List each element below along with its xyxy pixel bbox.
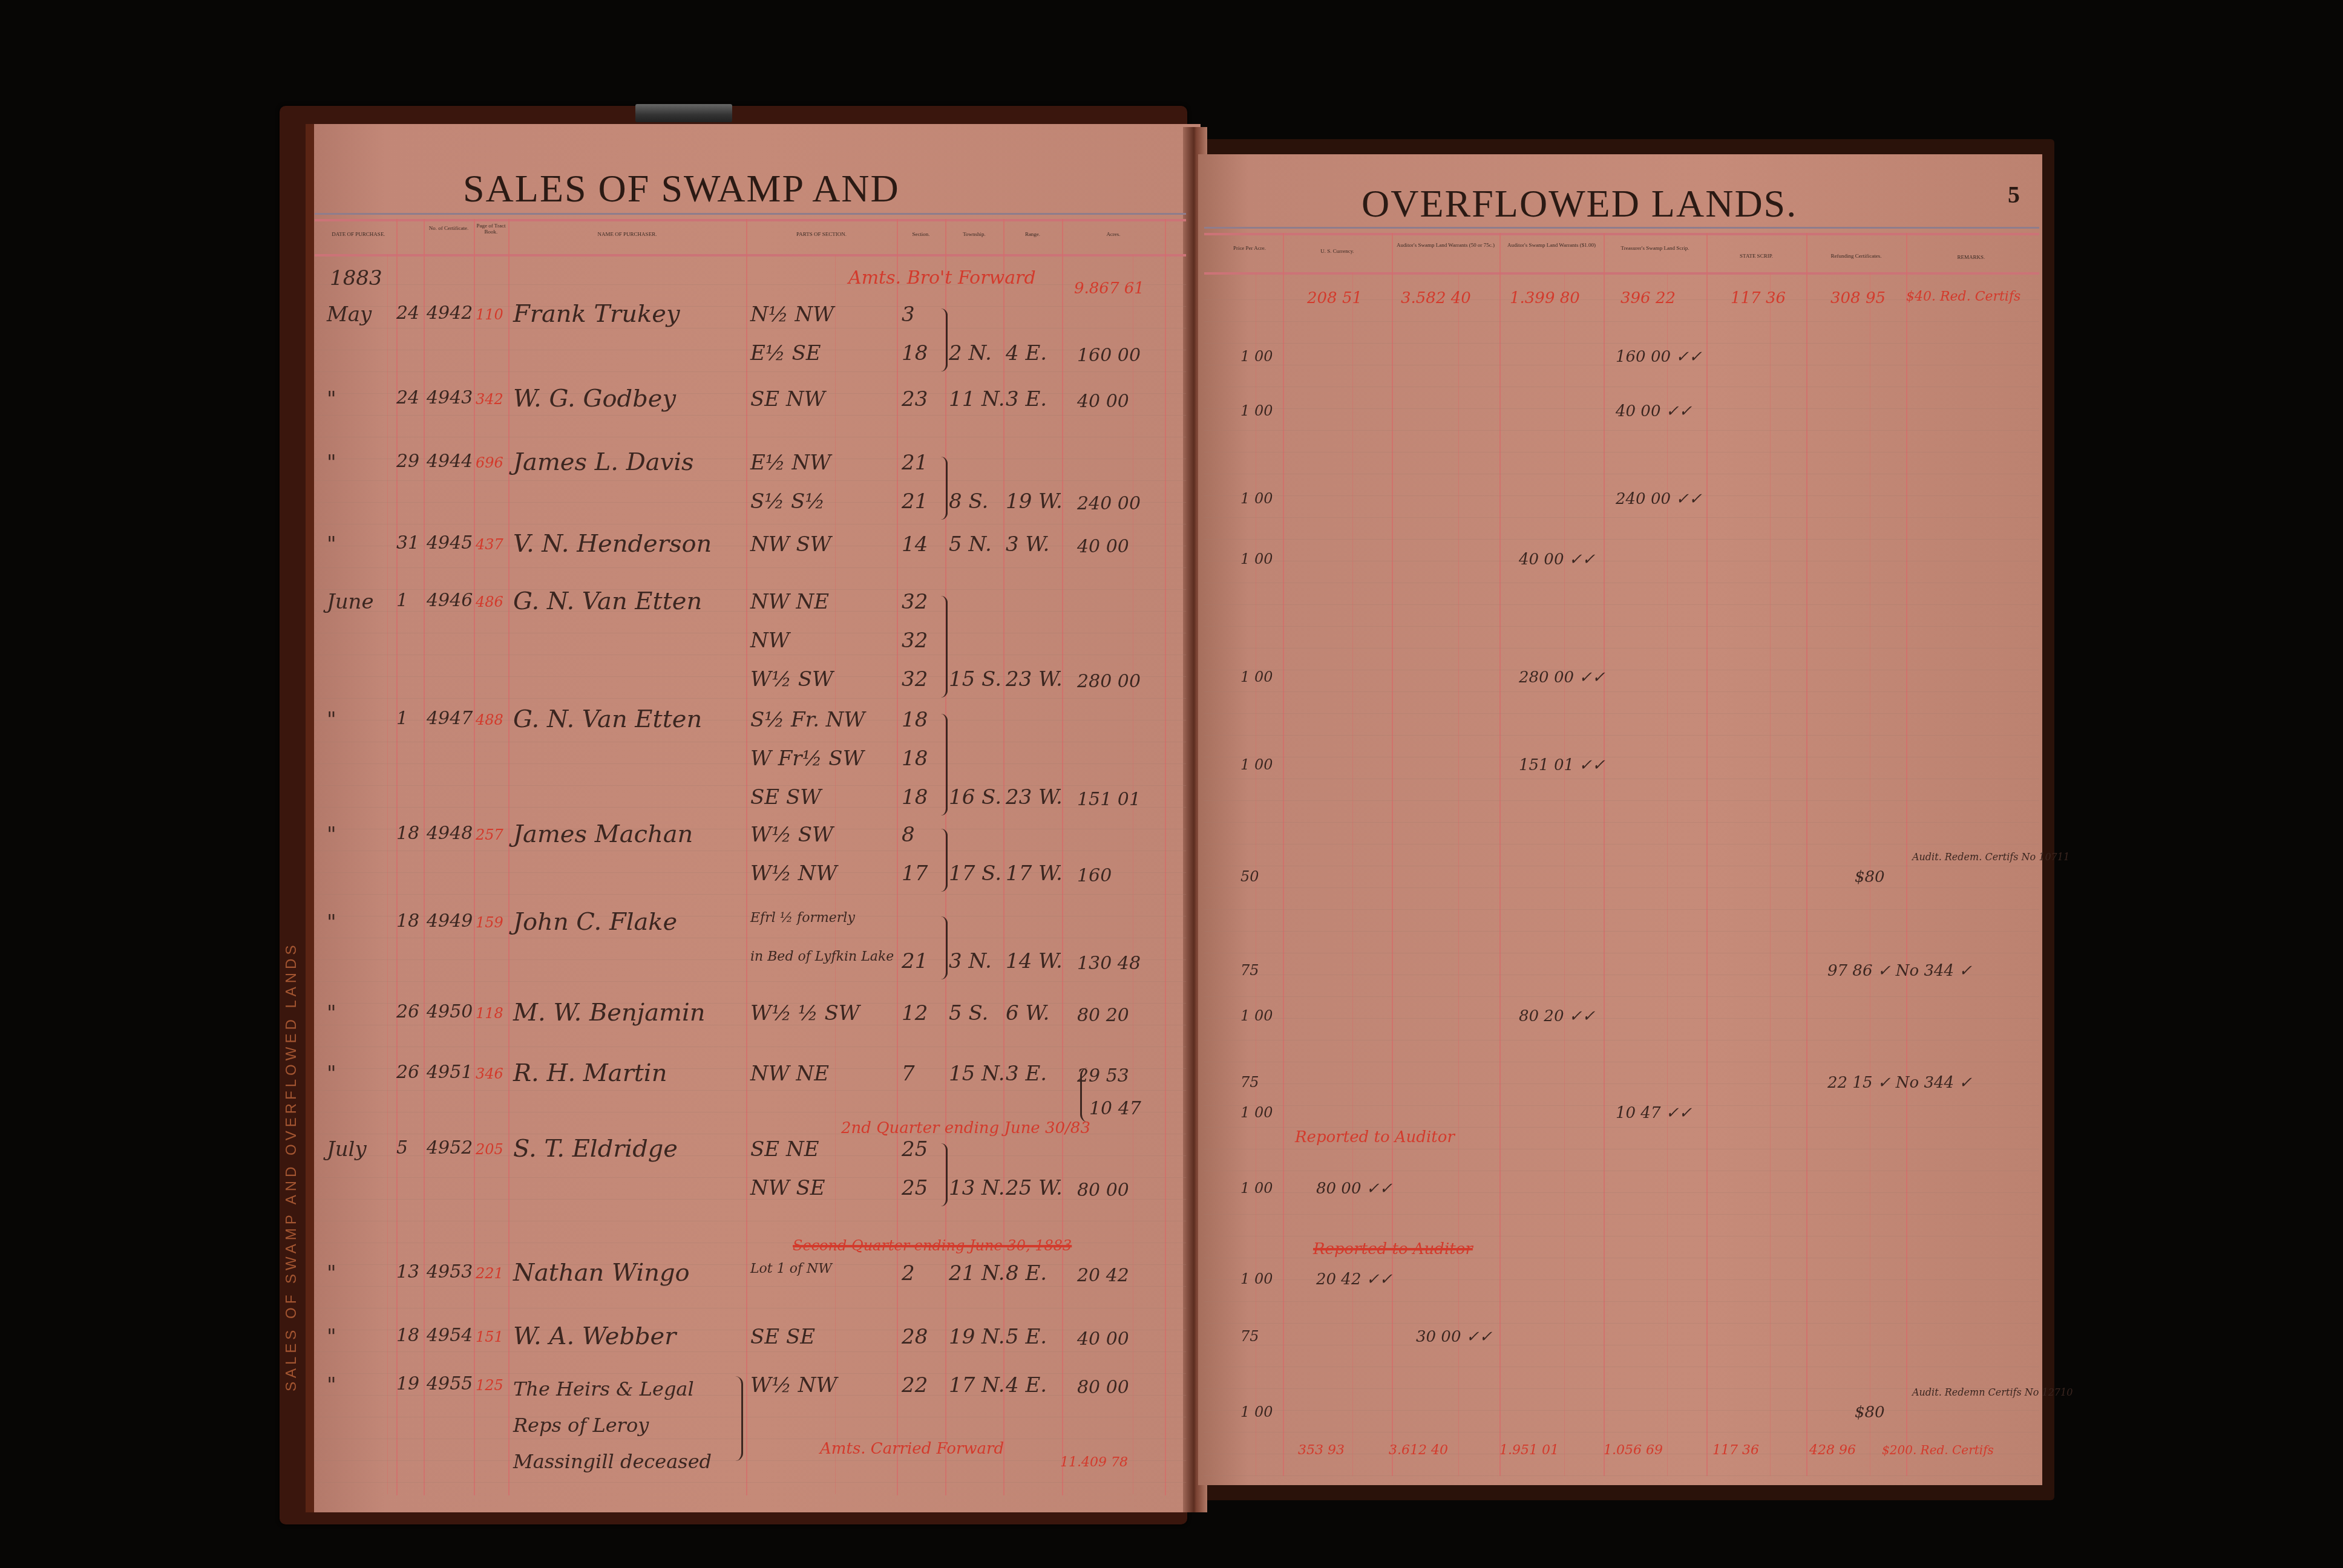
ruled-line (1204, 735, 2039, 736)
tract-book-page: 118 (476, 1005, 503, 1022)
parts-of-section: E½ NW (750, 451, 831, 475)
parts-of-section: NW NE (750, 1062, 829, 1086)
certificate-number: 4949 (427, 910, 473, 932)
ruled-line (315, 698, 1186, 699)
price-per-acre: 75 (1240, 1328, 1259, 1345)
grouping-brace (941, 309, 948, 371)
payment-amount: $80 (1855, 1403, 1885, 1422)
parts-of-section: SE SE (750, 1325, 815, 1349)
parts-of-section: SE NE (750, 1137, 819, 1161)
cf-refunding: 428 96 (1809, 1443, 1856, 1458)
ruled-line (1204, 626, 2039, 627)
ruled-line (1204, 648, 2039, 648)
ruled-line (1204, 430, 2039, 431)
grouping-brace (941, 457, 948, 520)
purchase-month: " (327, 1325, 336, 1349)
parts-of-section: NW SW (750, 532, 831, 557)
acres: 40 00 (1077, 1328, 1129, 1350)
certificate-number: 4944 (427, 451, 473, 472)
bf-treasurer: 396 22 (1620, 289, 1676, 307)
purchase-day: 1 (396, 590, 408, 611)
purchase-month: " (327, 532, 336, 557)
range: 3 E. (1006, 1062, 1047, 1086)
price-per-acre: 75 (1240, 962, 1259, 979)
cf-state-scrip: 117 36 (1712, 1443, 1759, 1458)
ruled-line (1204, 887, 2039, 888)
left-page-title: SALES OF SWAMP AND (463, 166, 900, 211)
range: 14 W. (1006, 949, 1063, 973)
section-number: 21 (902, 451, 928, 475)
ruled-line (1204, 779, 2039, 779)
ruled-line (315, 1112, 1186, 1112)
ruled-line (315, 1286, 1186, 1287)
certificate-number: 4951 (427, 1062, 473, 1083)
purchase-month: June (327, 590, 374, 614)
price-per-acre: 1 00 (1240, 402, 1273, 419)
bf-remarks: $40. Red. Certifs (1906, 289, 2020, 304)
purchaser-name: S. T. Eldridge (513, 1135, 678, 1163)
certificate-number: 4948 (427, 823, 473, 844)
section-number: 8 (902, 823, 915, 847)
section-number: 2 (902, 1261, 915, 1285)
ruled-line (1204, 953, 2039, 953)
ruled-line (1204, 1432, 2039, 1432)
township: 13 N. (949, 1176, 1004, 1200)
parts-of-section: NW (750, 629, 790, 653)
column-divider (474, 219, 475, 1495)
ruled-line (1204, 539, 2039, 540)
left-page (306, 124, 1201, 1512)
ruled-line (1204, 517, 2039, 518)
header-bottom-rule (315, 254, 1186, 256)
bf-aud-100: 1.399 80 (1510, 289, 1580, 307)
cf-aud-100: 1.951 01 (1499, 1443, 1559, 1458)
col-header-us-currency: U. S. Currency. (1283, 248, 1392, 254)
acres: 130 48 (1077, 953, 1141, 974)
certificate-number: 4942 (427, 302, 473, 324)
ruled-line (315, 1460, 1186, 1461)
grouping-brace (941, 596, 948, 697)
parts-of-section: W½ ½ SW (750, 1001, 860, 1025)
header-rule (1204, 233, 2039, 235)
range: 5 E. (1006, 1325, 1047, 1349)
header-bottom-rule (1204, 272, 2039, 275)
section-number: 12 (902, 1001, 928, 1025)
payment-amount: $80 (1855, 868, 1885, 886)
acres: 240 00 (1077, 493, 1141, 514)
col-header-parts: PARTS OF SECTION. (746, 231, 897, 237)
parts-of-section: W Fr½ SW (750, 746, 864, 771)
quarter-note-struck: Second Quarter ending June 30, 1883 (793, 1237, 1072, 1254)
acres: 80 20 (1077, 1005, 1129, 1026)
purchase-day: 18 (396, 823, 419, 844)
parts-of-section: W½ NW (750, 1373, 837, 1397)
payment-amount: 10 47 ✓✓ (1616, 1104, 1692, 1122)
purchase-day: 29 (396, 451, 419, 472)
ruled-line (1204, 1149, 2039, 1149)
section-number: 32 (902, 667, 928, 691)
bf-us-currency: 208 51 (1307, 289, 1362, 307)
purchase-day: 24 (396, 302, 419, 324)
acres-second: 10 47 (1089, 1098, 1141, 1119)
col-header-purchaser: NAME OF PURCHASER. (508, 231, 746, 237)
remarks-note: Audit. Redemn Certifs No 12710 (1912, 1387, 2073, 1398)
col-header-range: Range. (1003, 231, 1062, 237)
ruled-line (1204, 713, 2039, 714)
ruled-line (1204, 996, 2039, 997)
certificate-number: 4953 (427, 1261, 473, 1282)
purchaser-name: W. G. Godbey (513, 385, 676, 413)
ruled-line (315, 415, 1186, 416)
section-number: 32 (902, 590, 928, 614)
range: 6 W. (1006, 1001, 1049, 1025)
price-per-acre: 1 00 (1240, 1104, 1273, 1121)
cf-us-currency: 353 93 (1298, 1443, 1345, 1458)
tract-book-page: 205 (476, 1141, 503, 1158)
ruled-line (1204, 931, 2039, 932)
acres: 160 (1077, 865, 1112, 886)
purchase-day: 31 (396, 532, 419, 554)
ruled-line (1204, 583, 2039, 583)
parts-of-section: S½ S½ (750, 489, 825, 514)
ruled-line (1204, 670, 2039, 670)
certificate-number: 4945 (427, 532, 473, 554)
section-number: 28 (902, 1325, 928, 1349)
column-divider (1667, 272, 1668, 1476)
tract-book-page: 696 (476, 454, 503, 471)
parts-of-section: E½ SE (750, 341, 821, 365)
col-header-state-scrip: STATE SCRIP. (1706, 253, 1806, 259)
ruled-line (1204, 800, 2039, 801)
column-divider (1392, 233, 1393, 1476)
binding-clip (635, 104, 732, 122)
section-number: 32 (902, 629, 928, 653)
price-per-acre: 1 00 (1240, 1403, 1273, 1420)
tract-book-page: 125 (476, 1377, 503, 1394)
section-number: 23 (902, 387, 928, 411)
column-divider (1458, 272, 1459, 1476)
tract-book-page: 488 (476, 711, 503, 728)
ruled-line (315, 1308, 1186, 1308)
purchase-day: 18 (396, 910, 419, 932)
purchase-day: 26 (396, 1062, 419, 1083)
bf-state-scrip: 117 36 (1731, 289, 1786, 307)
payment-amount: 97 86 ✓ No 344 ✓ (1827, 962, 1972, 980)
range: 19 W. (1006, 489, 1063, 514)
tract-book-page: 342 (476, 391, 503, 408)
payment-amount: 40 00 ✓✓ (1519, 550, 1595, 569)
parts-of-section: Efrl ½ formerly (750, 910, 855, 926)
right-page-title: OVERFLOWED LANDS. (1362, 181, 1797, 226)
township: 21 N. (949, 1261, 1004, 1285)
ruled-line (1204, 1040, 2039, 1040)
parts-of-section: W½ SW (750, 823, 833, 847)
tract-book-page: 221 (476, 1265, 503, 1282)
purchase-month: May (327, 302, 372, 327)
ruled-line (1204, 1018, 2039, 1019)
section-number: 25 (902, 1137, 928, 1161)
column-divider (897, 219, 898, 1495)
ruled-line (315, 851, 1186, 851)
section-number: 3 (902, 302, 915, 327)
page-number: 5 (2008, 180, 2020, 209)
ruled-line (1204, 387, 2039, 387)
section-number: 14 (902, 532, 928, 557)
tract-book-page: 151 (476, 1328, 503, 1345)
township: 2 N. (949, 341, 992, 365)
ruled-line (1204, 844, 2039, 844)
ruled-line (1204, 1236, 2039, 1236)
purchase-month: " (327, 910, 336, 935)
ruled-line (1204, 822, 2039, 823)
carried-forward-label: Amts. Carried Forward (820, 1440, 1004, 1458)
certificate-number: 4955 (427, 1373, 473, 1394)
header-rule (1204, 227, 2039, 229)
payment-amount: 20 42 ✓✓ (1316, 1270, 1392, 1289)
column-divider (424, 219, 425, 1495)
ruled-line (1204, 343, 2039, 344)
range: 3 E. (1006, 387, 1047, 411)
ruled-line (315, 524, 1186, 524)
ruled-line (1204, 1301, 2039, 1302)
purchase-month: " (327, 1373, 336, 1397)
price-per-acre: 1 00 (1240, 668, 1273, 685)
price-per-acre: 1 00 (1240, 1270, 1273, 1287)
payment-amount: 80 00 ✓✓ (1316, 1180, 1392, 1198)
column-divider (1499, 233, 1501, 1476)
purchaser-name: Frank Trukey (513, 300, 680, 328)
brought-forward-label: Amts. Bro't Forward (848, 267, 1036, 289)
township: 19 N. (949, 1325, 1004, 1349)
carried-forward-acres: 11.409 78 (1060, 1455, 1128, 1470)
township: 15 N. (949, 1062, 1004, 1086)
col-header-treasurer-scrip: Treasurer's Swamp Land Scrip. (1604, 245, 1706, 251)
ruled-line (1204, 321, 2039, 322)
col-header-aud-warrants-50-75: Auditor's Swamp Land Warrants (50 or 75c… (1392, 242, 1499, 248)
column-divider (1165, 219, 1166, 1495)
ruled-line (1204, 1367, 2039, 1367)
payment-amount: 280 00 ✓✓ (1519, 668, 1605, 687)
reported-to-auditor-struck: Reported to Auditor (1313, 1240, 1473, 1258)
ruled-line (315, 938, 1186, 938)
remarks-note: Audit. Redem. Certifs No 10711 (1912, 851, 2069, 863)
tract-book-page: 110 (476, 306, 503, 323)
township: 17 N. (949, 1373, 1004, 1397)
price-per-acre: 1 00 (1240, 1180, 1273, 1197)
ruled-line (315, 1090, 1186, 1091)
township: 15 S. (949, 667, 1001, 691)
ruled-line (1204, 909, 2039, 910)
ruled-line (1204, 691, 2039, 692)
payment-amount: 30 00 ✓✓ (1416, 1328, 1492, 1346)
ruled-line (315, 894, 1186, 895)
ruled-line (315, 1047, 1186, 1047)
purchase-month: " (327, 451, 336, 475)
grouping-brace (941, 829, 948, 892)
grouping-brace (735, 1376, 743, 1461)
price-per-acre: 1 00 (1240, 1007, 1273, 1024)
certificate-number: 4954 (427, 1325, 473, 1346)
column-divider (746, 219, 747, 1495)
section-number: 21 (902, 949, 928, 973)
purchaser-name: W. A. Webber (513, 1322, 676, 1350)
acres: 20 42 (1077, 1265, 1129, 1286)
range: 23 W. (1006, 667, 1063, 691)
payment-amount: 160 00 ✓✓ (1616, 348, 1702, 366)
ruled-line (1204, 1171, 2039, 1171)
ruled-line (315, 1439, 1186, 1439)
purchase-day: 5 (396, 1137, 408, 1158)
range: 4 E. (1006, 1373, 1047, 1397)
price-per-acre: 1 00 (1240, 550, 1273, 567)
col-header-refunding: Refunding Certificates. (1806, 253, 1906, 259)
purchase-day: 19 (396, 1373, 419, 1394)
acres: 151 01 (1077, 789, 1141, 810)
ruled-line (315, 981, 1186, 982)
ruled-line (315, 1482, 1186, 1483)
range: 23 W. (1006, 785, 1063, 809)
ruled-line (1204, 866, 2039, 866)
payment-amount: 22 15 ✓ No 344 ✓ (1827, 1074, 1972, 1092)
col-header-price: Price Per Acre. (1216, 245, 1283, 251)
ruled-line (315, 437, 1186, 437)
purchase-month: " (327, 1001, 336, 1025)
certificate-number: 4943 (427, 387, 473, 408)
ruled-line (315, 655, 1186, 655)
purchaser-name: John C. Flake (513, 908, 677, 936)
cf-remarks: $200. Red. Certifs (1882, 1443, 1994, 1457)
payment-amount: 80 20 ✓✓ (1519, 1007, 1595, 1025)
col-header-remarks: REMARKS. (1906, 254, 2036, 260)
purchaser-name: James L. Davis (513, 448, 694, 476)
section-number: 7 (902, 1062, 915, 1086)
col-header-township: Township. (945, 231, 1003, 237)
purchase-month: " (327, 1261, 336, 1285)
acres: 80 00 (1077, 1377, 1129, 1398)
purchase-day: 1 (396, 708, 408, 729)
col-header-acres: Acres. (1062, 231, 1165, 237)
ruled-line (315, 328, 1186, 328)
range: 8 E. (1006, 1261, 1047, 1285)
section-number: 18 (902, 341, 928, 365)
purchaser-name: G. N. Van Etten (513, 705, 702, 733)
column-divider (1806, 233, 1807, 1476)
ruled-line (315, 480, 1186, 481)
payment-amount: 151 01 ✓✓ (1519, 756, 1605, 774)
township: 17 S. (949, 861, 1001, 886)
purchaser-name: The Heirs & Legal Reps of Leroy Massingi… (513, 1371, 743, 1480)
reported-to-auditor-note: Reported to Auditor (1295, 1128, 1455, 1146)
acres: 80 00 (1077, 1180, 1129, 1201)
price-per-acre: 50 (1240, 868, 1259, 885)
section-number: 17 (902, 861, 928, 886)
ruled-line (1204, 1062, 2039, 1062)
ruled-line (1204, 757, 2039, 757)
grouping-brace (941, 714, 948, 815)
range: 4 E. (1006, 341, 1047, 365)
parts-of-section: SE NW (750, 387, 825, 411)
col-header-section: Section. (897, 231, 945, 237)
certificate-number: 4946 (427, 590, 473, 611)
purchase-month: " (327, 823, 336, 847)
purchaser-name: M. W. Benjamin (513, 999, 706, 1027)
parts-of-section: S½ Fr. NW (750, 708, 865, 732)
col-header-date: DATE OF PURCHASE. (321, 231, 396, 237)
col-header-aud-warrants-100: Auditor's Swamp Land Warrants ($1.00) (1499, 242, 1604, 248)
tract-book-page: 257 (476, 826, 503, 843)
column-divider (1906, 233, 1907, 1476)
ruled-line (315, 284, 1186, 285)
tract-book-page: 486 (476, 593, 503, 610)
purchaser-name: V. N. Henderson (513, 530, 712, 558)
column-divider (1770, 272, 1771, 1476)
column-divider (396, 219, 398, 1495)
parts-of-section: Lot 1 of NW (750, 1261, 832, 1276)
quarter-note: 2nd Quarter ending June 30/83 (841, 1119, 1090, 1137)
column-divider (508, 219, 510, 1495)
grouping-brace (1080, 1068, 1088, 1122)
spine-label: SALES OF SWAMP AND OVERFLOWED LANDS (283, 363, 301, 1391)
certificate-number: 4950 (427, 1001, 473, 1022)
ruled-line (1204, 1410, 2039, 1411)
column-divider (1352, 272, 1353, 1476)
ruled-line (315, 742, 1186, 742)
tract-book-page: 346 (476, 1065, 503, 1082)
ruled-line (1204, 1345, 2039, 1345)
township: 11 N. (949, 387, 1004, 411)
range: 25 W. (1006, 1176, 1063, 1200)
cf-treasurer: 1.056 69 (1604, 1443, 1663, 1458)
parts-of-section: in Bed of Lyfkin Lake (750, 949, 894, 964)
purchaser-name: Nathan Wingo (513, 1259, 690, 1287)
section-number: 18 (902, 746, 928, 771)
header-rule (315, 213, 1186, 215)
purchaser-name: G. N. Van Etten (513, 587, 702, 615)
purchase-day: 24 (396, 387, 419, 408)
purchaser-name: R. H. Martin (513, 1059, 667, 1087)
price-per-acre: 1 00 (1240, 348, 1273, 365)
purchase-day: 13 (396, 1261, 419, 1282)
price-per-acre: 1 00 (1240, 756, 1273, 773)
purchase-month: " (327, 708, 336, 732)
township: 8 S. (949, 489, 988, 514)
acres: 160 00 (1077, 345, 1141, 366)
range: 17 W. (1006, 861, 1063, 886)
section-number: 22 (902, 1373, 928, 1397)
ruled-line (1204, 604, 2039, 605)
ruled-line (315, 1351, 1186, 1352)
column-divider (1706, 233, 1708, 1476)
purchase-day: 18 (396, 1325, 419, 1346)
grouping-brace (941, 1143, 948, 1206)
price-per-acre: 1 00 (1240, 490, 1273, 507)
bf-refunding: 308 95 (1830, 289, 1886, 307)
ruled-line (1204, 452, 2039, 452)
township: 5 N. (949, 532, 992, 557)
year-label: 1883 (330, 266, 382, 290)
ruled-line (1204, 561, 2039, 561)
col-header-tract-page: Page of Tract Book. (474, 223, 508, 235)
column-divider (1604, 233, 1605, 1476)
ruled-line (1204, 1127, 2039, 1128)
section-number: 25 (902, 1176, 928, 1200)
cf-aud-50-75: 3.612 40 (1389, 1443, 1448, 1458)
certificate-number: 4952 (427, 1137, 473, 1158)
section-number: 18 (902, 708, 928, 732)
parts-of-section: W½ NW (750, 861, 837, 886)
township: 3 N. (949, 949, 992, 973)
parts-of-section: W½ SW (750, 667, 833, 691)
